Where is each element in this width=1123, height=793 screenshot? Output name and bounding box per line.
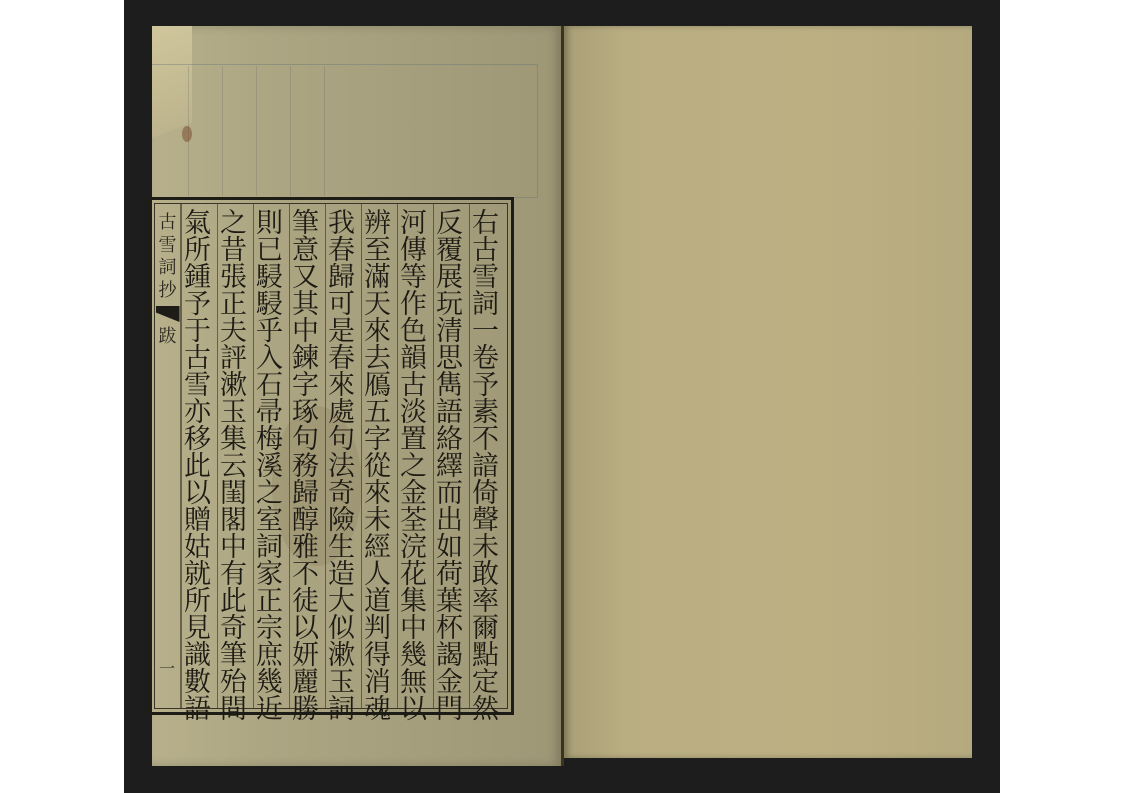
text-character: 謁 [436, 642, 463, 669]
text-character: 予 [184, 291, 211, 318]
text-character: 來 [364, 480, 391, 507]
text-character: 詞 [472, 291, 499, 318]
text-character: 予 [472, 372, 499, 399]
text-character: 詞 [328, 696, 355, 723]
text-character: 又 [292, 264, 319, 291]
text-character: 生 [328, 534, 355, 561]
text-character: 消 [364, 669, 391, 696]
text-character: 妍 [292, 642, 319, 669]
text-column: 氣所鍾予于古雪亦移此以贈姑就所見識數語 [181, 204, 213, 708]
text-character: 家 [256, 561, 283, 588]
text-character: 昔 [220, 237, 247, 264]
text-character: 駸 [256, 291, 283, 318]
fishtail-mark [156, 306, 180, 322]
text-character: 不 [472, 426, 499, 453]
text-character: 字 [292, 372, 319, 399]
text-character: 處 [328, 399, 355, 426]
text-character: 鴈 [364, 372, 391, 399]
banxin-title-char: 詞 [159, 257, 177, 280]
text-character: 點 [472, 642, 499, 669]
text-column: 筆意又其中鍊字琢句務歸醇雅不徒以妍麗勝 [289, 204, 321, 708]
text-character: 閨 [220, 480, 247, 507]
text-character: 幾 [400, 642, 427, 669]
text-character: 之 [400, 453, 427, 480]
text-character: 筆 [220, 642, 247, 669]
text-character: 贈 [184, 507, 211, 534]
text-column: 之昔張正夫評漱玉集云閨閣中有此奇筆殆間 [217, 204, 249, 708]
text-character: 法 [328, 453, 355, 480]
text-character: 雪 [184, 372, 211, 399]
text-character: 溪 [256, 453, 283, 480]
text-character: 來 [328, 372, 355, 399]
bleed-through-line [290, 66, 291, 196]
text-character: 移 [184, 426, 211, 453]
text-character: 未 [472, 534, 499, 561]
text-character: 殆 [220, 669, 247, 696]
text-character: 氣 [184, 210, 211, 237]
text-character: 語 [436, 399, 463, 426]
text-character: 去 [364, 345, 391, 372]
text-character: 色 [400, 318, 427, 345]
text-character: 玩 [436, 291, 463, 318]
folio-number: 一 [159, 656, 175, 679]
text-character: 辨 [364, 210, 391, 237]
text-character: 未 [364, 507, 391, 534]
text-character: 鍊 [292, 345, 319, 372]
text-character: 滿 [364, 264, 391, 291]
text-character: 閣 [220, 507, 247, 534]
text-character: 古 [184, 345, 211, 372]
text-character: 帚 [256, 399, 283, 426]
text-character: 荷 [436, 561, 463, 588]
text-character: 歸 [292, 480, 319, 507]
text-character: 所 [184, 237, 211, 264]
text-character: 石 [256, 372, 283, 399]
text-character: 魂 [364, 696, 391, 723]
text-character: 覆 [436, 237, 463, 264]
text-character: 奇 [328, 480, 355, 507]
text-character: 五 [364, 399, 391, 426]
text-character: 素 [472, 399, 499, 426]
text-character: 以 [184, 480, 211, 507]
text-character: 室 [256, 507, 283, 534]
text-character: 集 [220, 426, 247, 453]
text-character: 金 [436, 669, 463, 696]
text-character: 中 [292, 318, 319, 345]
text-character: 門 [436, 696, 463, 723]
text-character: 倚 [472, 480, 499, 507]
text-column: 我春歸可是春來處句法奇險生造大似漱玉詞 [325, 204, 357, 708]
text-character: 爾 [472, 615, 499, 642]
text-character: 其 [292, 291, 319, 318]
text-character: 可 [328, 291, 355, 318]
text-character: 雋 [436, 372, 463, 399]
text-character: 近 [256, 696, 283, 723]
text-character: 大 [328, 588, 355, 615]
banxin-title-char: 古 [159, 212, 177, 235]
text-character: 識 [184, 642, 211, 669]
text-character: 天 [364, 291, 391, 318]
text-character: 玉 [328, 669, 355, 696]
text-character: 從 [364, 453, 391, 480]
text-character: 數 [184, 669, 211, 696]
text-character: 玉 [220, 399, 247, 426]
text-character: 古 [400, 372, 427, 399]
text-column: 反覆展玩清思雋語絡繹而出如荷葉杯謁金門 [433, 204, 465, 708]
text-character: 字 [364, 426, 391, 453]
text-character: 駸 [256, 264, 283, 291]
text-character: 判 [364, 615, 391, 642]
text-column: 河傳等作色韻古淡置之金荃浣花集中幾無以 [397, 204, 429, 708]
text-character: 定 [472, 669, 499, 696]
text-block: 古 雪 詞 抄 跋 一 氣所鍾予于古雪亦移此以贈姑就所見識數語 之昔張正夫評漱玉… [154, 203, 508, 709]
text-character: 淡 [400, 399, 427, 426]
text-character: 置 [400, 426, 427, 453]
text-character: 中 [400, 615, 427, 642]
banxin-margin: 古 雪 詞 抄 跋 一 [155, 204, 181, 708]
banxin-title-char: 雪 [159, 235, 177, 258]
text-character: 得 [364, 642, 391, 669]
text-character: 之 [256, 480, 283, 507]
text-character: 宗 [256, 615, 283, 642]
text-character: 右 [472, 210, 499, 237]
text-character: 來 [364, 318, 391, 345]
bleed-through-frame [152, 64, 538, 198]
text-character: 歸 [328, 264, 355, 291]
text-character: 琢 [292, 399, 319, 426]
text-character: 漱 [328, 642, 355, 669]
text-character: 河 [400, 210, 427, 237]
text-character: 乎 [256, 318, 283, 345]
bleed-through-line [256, 66, 257, 196]
text-character: 金 [400, 480, 427, 507]
text-character: 入 [256, 345, 283, 372]
text-character: 評 [220, 345, 247, 372]
text-character: 清 [436, 318, 463, 345]
text-character: 張 [220, 264, 247, 291]
text-character: 詞 [256, 534, 283, 561]
text-character: 春 [328, 345, 355, 372]
text-character: 反 [436, 210, 463, 237]
text-character: 有 [220, 561, 247, 588]
text-character: 則 [256, 210, 283, 237]
text-character: 正 [256, 588, 283, 615]
text-character: 杯 [436, 615, 463, 642]
text-character: 此 [220, 588, 247, 615]
text-character: 正 [220, 291, 247, 318]
text-character: 勝 [292, 696, 319, 723]
text-character: 雪 [472, 264, 499, 291]
text-character: 至 [364, 237, 391, 264]
text-character: 如 [436, 534, 463, 561]
text-character: 于 [184, 318, 211, 345]
text-character: 鍾 [184, 264, 211, 291]
text-character: 之 [220, 210, 247, 237]
text-character: 春 [328, 237, 355, 264]
text-character: 已 [256, 237, 283, 264]
text-character: 敢 [472, 561, 499, 588]
banxin-title-char: 抄 [159, 280, 177, 303]
text-character: 此 [184, 453, 211, 480]
text-character: 梅 [256, 426, 283, 453]
text-character: 集 [400, 588, 427, 615]
text-character: 句 [328, 426, 355, 453]
text-character: 以 [400, 696, 427, 723]
text-character: 險 [328, 507, 355, 534]
bleed-through-line [324, 66, 325, 196]
text-character: 人 [364, 561, 391, 588]
text-character: 就 [184, 561, 211, 588]
book-spread: 古 雪 詞 抄 跋 一 氣所鍾予于古雪亦移此以贈姑就所見識數語 之昔張正夫評漱玉… [152, 26, 972, 766]
text-character: 葉 [436, 588, 463, 615]
text-character: 漱 [220, 372, 247, 399]
text-character: 句 [292, 426, 319, 453]
text-character: 荃 [400, 507, 427, 534]
text-character: 見 [184, 615, 211, 642]
text-character: 夫 [220, 318, 247, 345]
text-character: 展 [436, 264, 463, 291]
text-character: 繹 [436, 453, 463, 480]
text-character: 而 [436, 480, 463, 507]
text-character: 古 [472, 237, 499, 264]
text-character: 率 [472, 588, 499, 615]
text-character: 庶 [256, 642, 283, 669]
right-page-blank [564, 26, 972, 758]
paper-stain [182, 126, 192, 142]
text-character: 以 [292, 615, 319, 642]
text-character: 花 [400, 561, 427, 588]
text-character: 務 [292, 453, 319, 480]
text-character: 一 [472, 318, 499, 345]
text-character: 思 [436, 345, 463, 372]
text-character: 筆 [292, 210, 319, 237]
text-character: 出 [436, 507, 463, 534]
text-character: 無 [400, 669, 427, 696]
text-character: 造 [328, 561, 355, 588]
text-character: 卷 [472, 345, 499, 372]
text-character: 醇 [292, 507, 319, 534]
text-character: 聲 [472, 507, 499, 534]
text-character: 徒 [292, 588, 319, 615]
text-character: 經 [364, 534, 391, 561]
text-character: 諳 [472, 453, 499, 480]
left-page: 古 雪 詞 抄 跋 一 氣所鍾予于古雪亦移此以贈姑就所見識數語 之昔張正夫評漱玉… [152, 26, 562, 766]
text-character: 所 [184, 588, 211, 615]
printed-text-frame: 古 雪 詞 抄 跋 一 氣所鍾予于古雪亦移此以贈姑就所見識數語 之昔張正夫評漱玉… [148, 197, 514, 715]
text-character: 道 [364, 588, 391, 615]
text-character: 云 [220, 453, 247, 480]
text-character: 是 [328, 318, 355, 345]
text-character: 作 [400, 291, 427, 318]
text-character: 傳 [400, 237, 427, 264]
text-column: 右古雪詞一卷予素不諳倚聲未敢率爾點定然 [469, 204, 501, 708]
text-character: 然 [472, 696, 499, 723]
text-character: 絡 [436, 426, 463, 453]
text-character: 似 [328, 615, 355, 642]
bleed-through-line [222, 66, 223, 196]
text-character: 亦 [184, 399, 211, 426]
text-character: 意 [292, 237, 319, 264]
text-character: 中 [220, 534, 247, 561]
text-character: 姑 [184, 534, 211, 561]
text-character: 浣 [400, 534, 427, 561]
text-character: 我 [328, 210, 355, 237]
text-character: 等 [400, 264, 427, 291]
banxin-section-char: 跋 [159, 326, 177, 349]
text-character: 幾 [256, 669, 283, 696]
text-character: 雅 [292, 534, 319, 561]
text-column: 則已駸駸乎入石帚梅溪之室詞家正宗庶幾近 [253, 204, 285, 708]
text-column: 辨至滿天來去鴈五字從來未經人道判得消魂 [361, 204, 393, 708]
text-character: 麗 [292, 669, 319, 696]
text-character: 不 [292, 561, 319, 588]
text-character: 奇 [220, 615, 247, 642]
text-character: 語 [184, 696, 211, 723]
text-character: 間 [220, 696, 247, 723]
text-character: 韻 [400, 345, 427, 372]
